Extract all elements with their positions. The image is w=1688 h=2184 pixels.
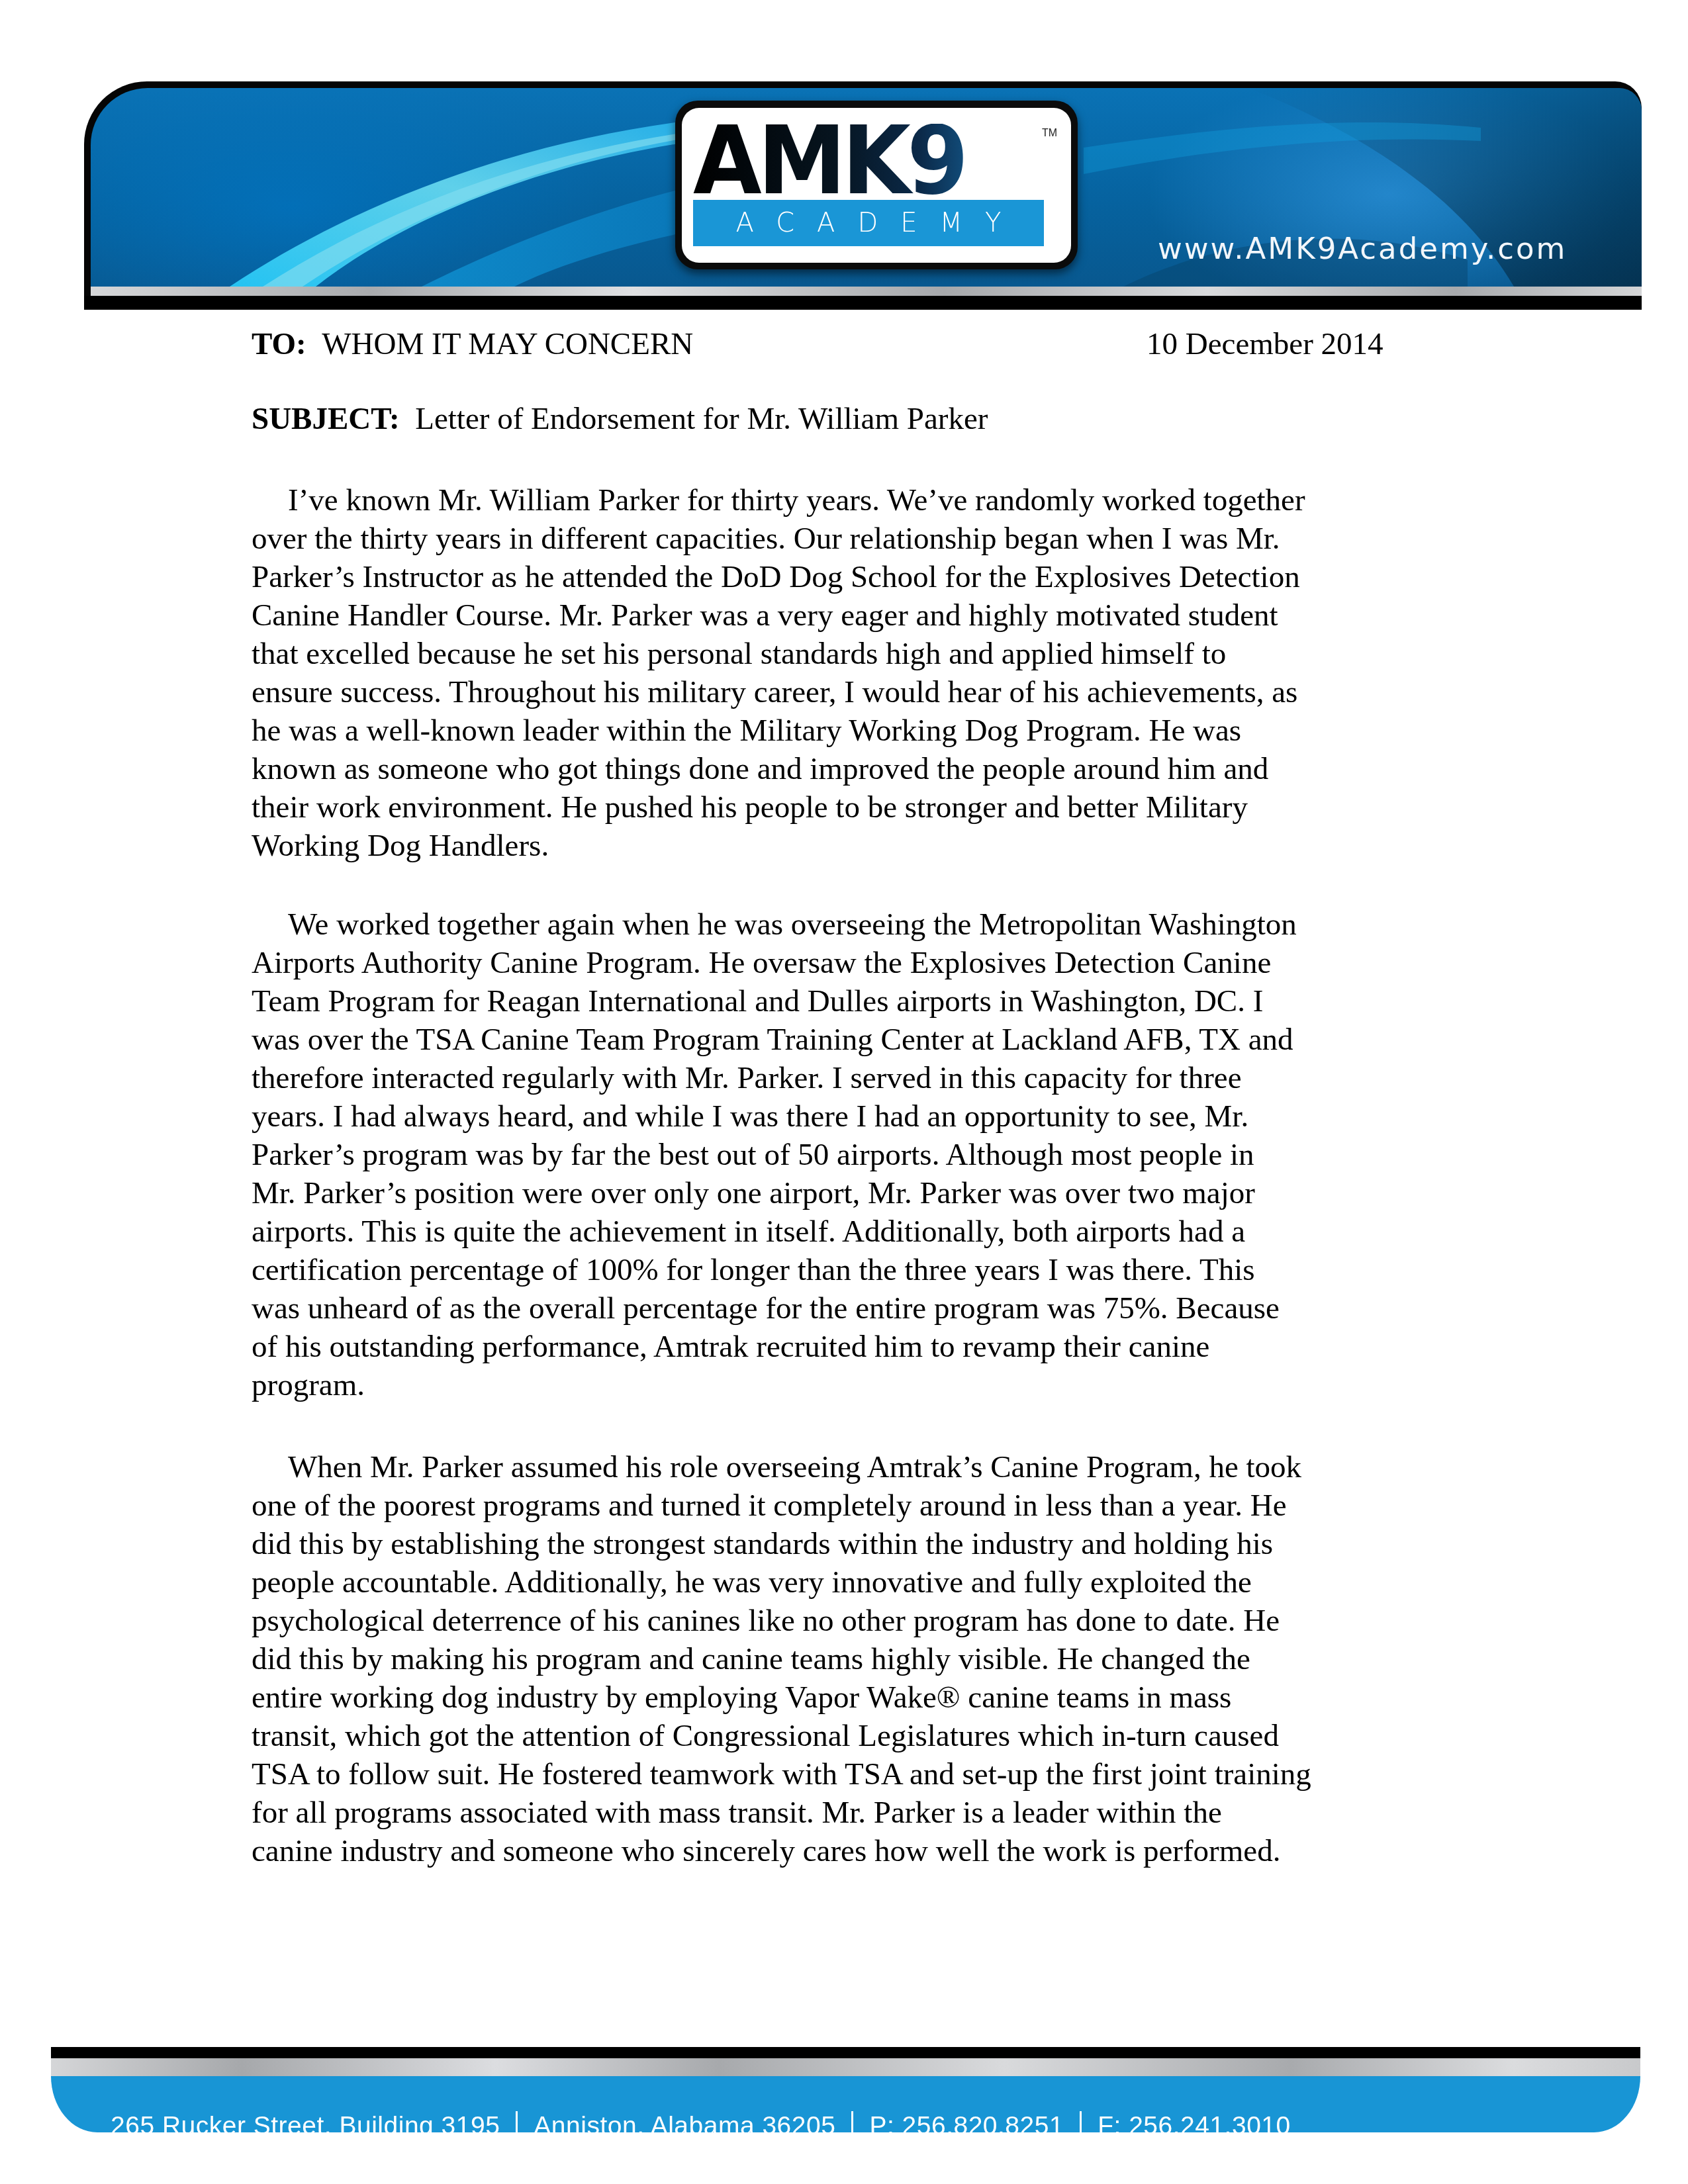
paragraph-2-text: We worked together again when he was ove… — [252, 907, 1297, 1402]
logo-subtitle-bar: ACADEMY — [693, 200, 1044, 246]
footer-fax: F: 256.241.3010 — [1098, 2113, 1291, 2140]
subject-line: SUBJECT: Letter of Endorsement for Mr. W… — [252, 401, 988, 437]
website-url: www.AMK9Academy.com — [1158, 231, 1567, 266]
paragraph-1-text: I’ve known Mr. William Parker for thirty… — [252, 483, 1305, 863]
subject-label: SUBJECT: — [252, 402, 400, 436]
footer-phone: P: 256.820.8251 — [869, 2113, 1064, 2140]
footer-silver-stripe — [51, 2058, 1640, 2076]
logo-wordmark: AMK9 — [693, 124, 1045, 197]
paragraph-3-text: When Mr. Parker assumed his role oversee… — [252, 1450, 1311, 1868]
footer-contact-bar: 265 Rucker Street, Building 3195 Annisto… — [51, 2076, 1640, 2132]
footer-divider — [516, 2111, 518, 2142]
footer-divider — [1080, 2111, 1082, 2142]
paragraph-1: I’ve known Mr. William Parker for thirty… — [252, 481, 1450, 865]
banner-silver-stripe — [91, 287, 1642, 296]
letterhead-banner: AMK9 TM ACADEMY www.AMK9Academy.com — [84, 81, 1642, 310]
trademark-symbol: TM — [1042, 128, 1057, 140]
paragraph-2: We worked together again when he was ove… — [252, 905, 1450, 1404]
footer-black-stripe — [51, 2047, 1640, 2058]
logo-plate: AMK9 TM ACADEMY — [682, 108, 1071, 263]
footer-contact-info: 265 Rucker Street, Building 3195 Annisto… — [111, 2113, 1291, 2140]
footer-address: 265 Rucker Street, Building 3195 — [111, 2113, 500, 2140]
paragraph-3: When Mr. Parker assumed his role oversee… — [252, 1448, 1450, 1870]
banner-black-stripe — [84, 296, 1642, 310]
letter-date: 10 December 2014 — [1147, 326, 1383, 362]
subject-text: Letter of Endorsement for Mr. William Pa… — [415, 402, 988, 436]
to-line: TO: WHOM IT MAY CONCERN — [252, 326, 693, 362]
footer-city: Anniston, Alabama 36205 — [534, 2113, 835, 2140]
letterhead-footer: 265 Rucker Street, Building 3195 Annisto… — [51, 2047, 1640, 2132]
footer-divider — [851, 2111, 853, 2142]
to-recipient: WHOM IT MAY CONCERN — [322, 327, 693, 361]
amk9-academy-logo: AMK9 TM ACADEMY — [675, 101, 1078, 269]
to-label: TO: — [252, 327, 306, 361]
